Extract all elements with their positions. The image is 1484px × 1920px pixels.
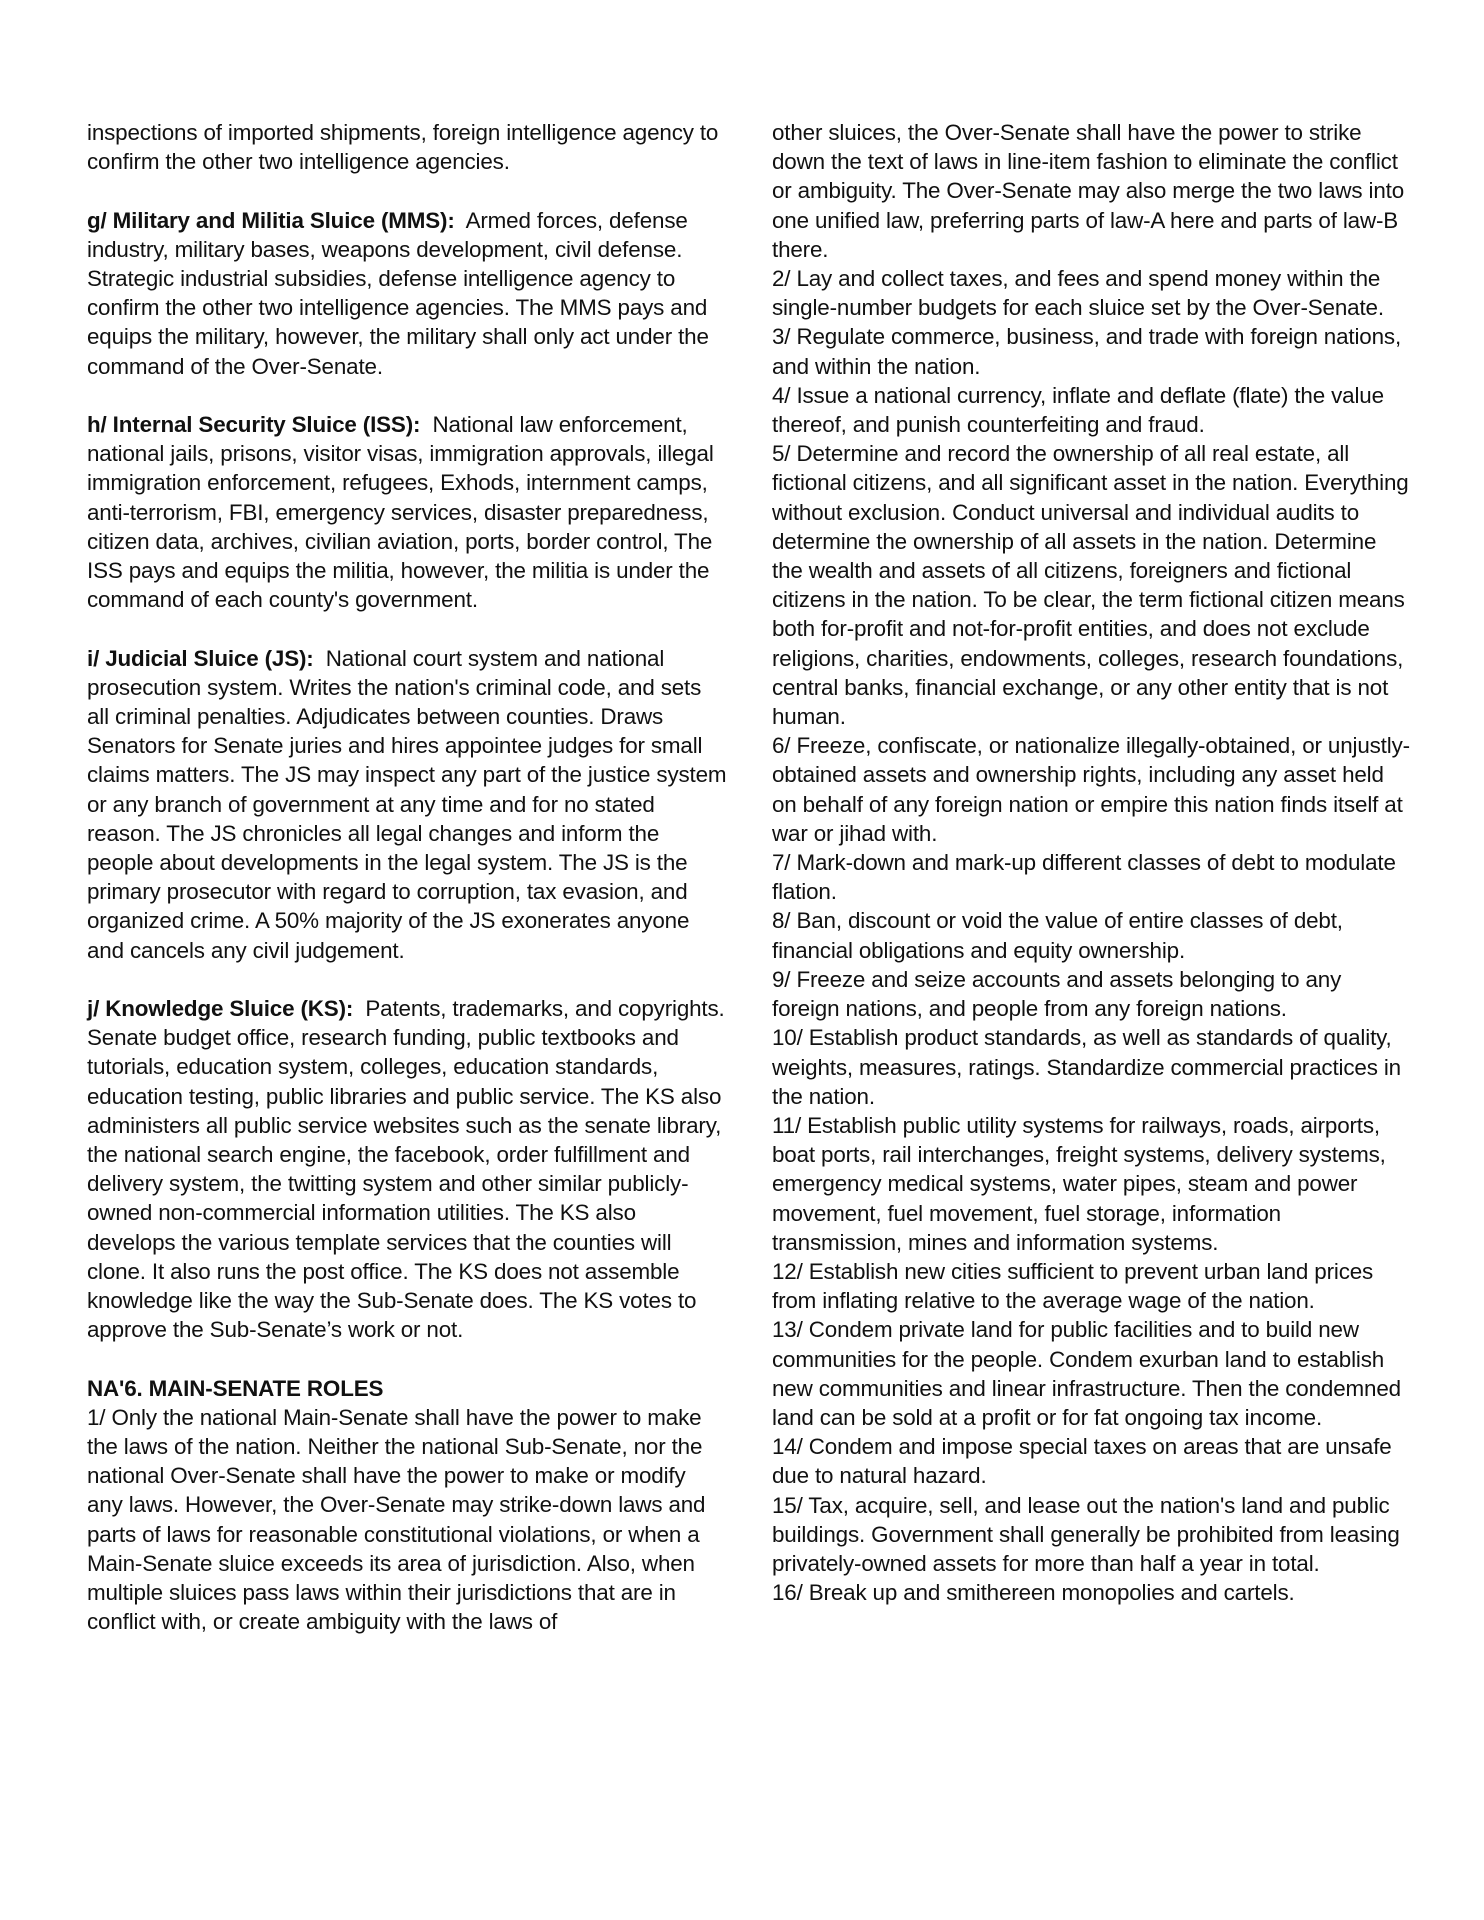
right-column: other sluices, the Over-Senate shall hav… <box>772 118 1412 1607</box>
list-item: 13/ Condem private land for public facil… <box>772 1315 1412 1432</box>
list-item-1-end: other sluices, the Over-Senate shall hav… <box>772 118 1412 264</box>
list-item: 4/ Issue a national currency, inflate an… <box>772 381 1412 439</box>
list-item: 14/ Condem and impose special taxes on a… <box>772 1432 1412 1490</box>
sluice-js-title: i/ Judicial Sluice (JS): <box>87 646 314 671</box>
list-item: 3/ Regulate commerce, business, and trad… <box>772 322 1412 380</box>
list-item: 10/ Establish product standards, as well… <box>772 1023 1412 1111</box>
sluice-ks-text: Patents, trademarks, and copyrights. Sen… <box>87 996 725 1342</box>
sluice-js: i/ Judicial Sluice (JS): National court … <box>87 644 727 965</box>
sluice-mms-text: Armed forces, defense industry, military… <box>87 208 709 379</box>
list-item: 11/ Establish public utility systems for… <box>772 1111 1412 1257</box>
sluice-ks: j/ Knowledge Sluice (KS): Patents, trade… <box>87 994 727 1344</box>
sluice-iss: h/ Internal Security Sluice (ISS): Natio… <box>87 410 727 614</box>
sluice-iss-title: h/ Internal Security Sluice (ISS): <box>87 412 420 437</box>
section-heading: NA'6. MAIN-SENATE ROLES <box>87 1374 727 1403</box>
sluice-iss-text: National law enforcement, national jails… <box>87 412 714 612</box>
list-item: 8/ Ban, discount or void the value of en… <box>772 906 1412 964</box>
list-item: 12/ Establish new cities sufficient to p… <box>772 1257 1412 1315</box>
list-item: 16/ Break up and smithereen monopolies a… <box>772 1578 1412 1607</box>
list-item: 7/ Mark-down and mark-up different class… <box>772 848 1412 906</box>
sluice-ks-title: j/ Knowledge Sluice (KS): <box>87 996 353 1021</box>
sluice-mms: g/ Military and Militia Sluice (MMS): Ar… <box>87 206 727 381</box>
list-item: 5/ Determine and record the ownership of… <box>772 439 1412 731</box>
list-item: 15/ Tax, acquire, sell, and lease out th… <box>772 1491 1412 1579</box>
sluice-mms-title: g/ Military and Militia Sluice (MMS): <box>87 208 455 233</box>
intro-continuation: inspections of imported shipments, forei… <box>87 118 727 176</box>
list-item: 2/ Lay and collect taxes, and fees and s… <box>772 264 1412 322</box>
document-page: inspections of imported shipments, forei… <box>0 0 1484 1920</box>
list-item: 9/ Freeze and seize accounts and assets … <box>772 965 1412 1023</box>
sluice-js-text: National court system and national prose… <box>87 646 726 963</box>
list-item-1-start: 1/ Only the national Main-Senate shall h… <box>87 1403 727 1637</box>
list-item: 6/ Freeze, confiscate, or nationalize il… <box>772 731 1412 848</box>
left-column: inspections of imported shipments, forei… <box>87 118 727 1636</box>
